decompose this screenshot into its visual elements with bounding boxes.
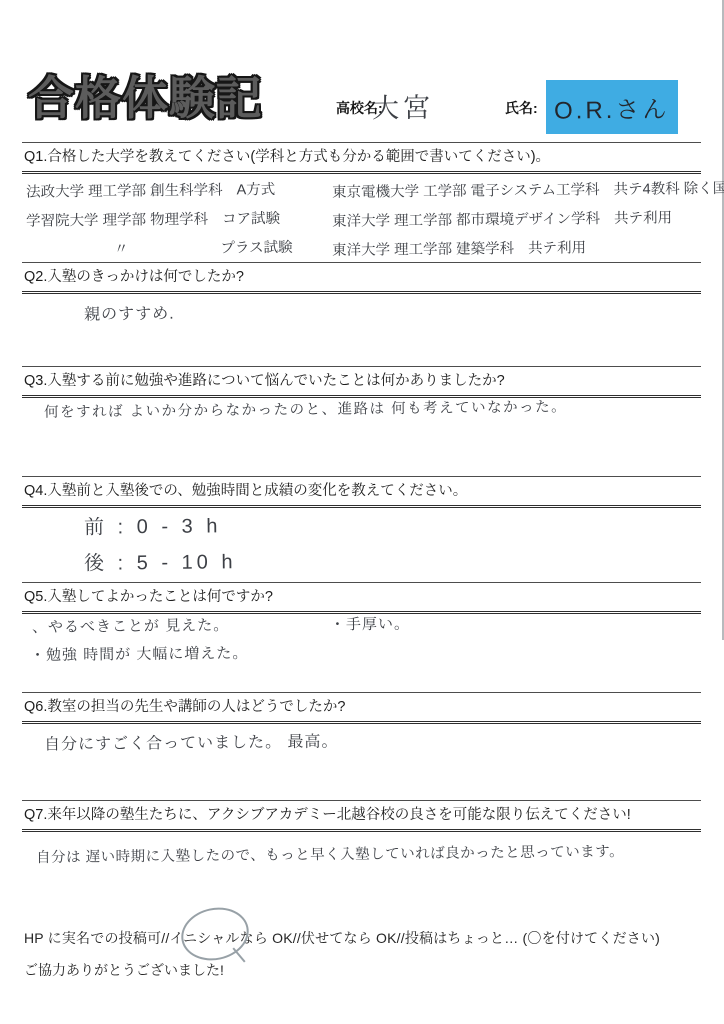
consent-options-line: HP に実名での投稿可//イニシャルなら OK//伏せてなら OK//投稿はちょ…	[24, 928, 660, 948]
university-entry: 東京電機大学 工学部 電子システム工学科	[332, 178, 600, 202]
admission-method: 共テ4教科 除く国語	[613, 177, 724, 199]
question-1-block: Q1.合格した大学を教えてください(学科と方式も分かる範囲で書いてください)。	[22, 142, 701, 174]
q1-answer-row: 〃 プラス試験	[26, 235, 332, 259]
admission-method: コア試験	[222, 207, 280, 229]
university-entry: 東洋大学 理工学部 建築学科	[332, 237, 514, 260]
question-5-answer-1: 、やるべきことが 見えた。	[32, 614, 229, 637]
question-6-answer: 自分にすごく合っていました。 最高。	[44, 728, 339, 754]
ditto-mark: 〃	[114, 238, 129, 259]
question-6-block: Q6.教室の担当の先生や講師の人はどうでしたか?	[22, 692, 701, 724]
question-2-answer: 親のすすめ.	[84, 301, 175, 325]
school-name-value: 大宮	[372, 86, 434, 126]
question-5-block: Q5.入塾してよかったことは何ですか?	[22, 582, 701, 614]
question-7-answer: 自分は 遅い時期に入塾したので、もっと早く入塾していれば良かったと思っています。	[36, 840, 624, 867]
thanks-line: ご協力ありがとうございました!	[24, 960, 224, 980]
question-2-block: Q2.入塾のきっかけは何でしたか?	[22, 262, 701, 294]
question-1-label: Q1.合格した大学を教えてください(学科と方式も分かる範囲で書いてください)。	[22, 142, 701, 174]
question-7-block: Q7.来年以降の塾生たちに、アクシブアカデミー北越谷校の良さを可能な限り伝えてく…	[22, 800, 701, 832]
question-4-answer-after: 後 : 5 - 10 h	[84, 545, 237, 576]
q1-answer-row: 東京電機大学 工学部 電子システム工学科 共テ4教科 除く国語	[332, 177, 702, 202]
university-entry: 東洋大学 理工学部 都市環境デザイン学科	[332, 207, 600, 231]
admission-method: 共テ利用	[528, 236, 586, 258]
admission-method: A方式	[236, 178, 275, 199]
question-2-label: Q2.入塾のきっかけは何でしたか?	[22, 262, 701, 294]
question-4-block: Q4.入塾前と入塾後での、勉強時間と成績の変化を教えてください。	[22, 476, 701, 508]
q1-answer-row: 東洋大学 理工学部 建築学科 共テ利用	[332, 235, 702, 260]
question-3-answer: 何をすれば よいか分からなかったのと、進路は 何も考えていなかった。	[44, 395, 567, 421]
student-name-value: O.R.さん	[554, 89, 670, 125]
question-1-answers: 法政大学 理工学部 創生科学科 A方式 学習院大学 理学部 物理学科 コア試験 …	[26, 179, 702, 258]
question-5-label: Q5.入塾してよかったことは何ですか?	[22, 582, 701, 614]
page-title: 合格体験記	[28, 62, 263, 128]
question-4-answer-before: 前 : 0 - 3 h	[84, 509, 222, 539]
q1-answers-left-column: 法政大学 理工学部 創生科学科 A方式 学習院大学 理学部 物理学科 コア試験 …	[26, 179, 332, 258]
admission-method: 共テ利用	[614, 206, 672, 228]
question-3-label: Q3.入塾する前に勉強や進路について悩んでいたことは何かありましたか?	[22, 366, 701, 398]
question-7-label: Q7.来年以降の塾生たちに、アクシブアカデミー北越谷校の良さを可能な限り伝えてく…	[22, 800, 701, 832]
question-5-answer-3: ・勉強 時間が 大幅に増えた。	[30, 642, 249, 665]
q1-answer-row: 東洋大学 理工学部 都市環境デザイン学科 共テ利用	[332, 206, 702, 231]
question-4-label: Q4.入塾前と入塾後での、勉強時間と成績の変化を教えてください。	[22, 476, 701, 508]
admission-method: プラス試験	[220, 236, 292, 258]
student-name-label: 氏名:	[505, 98, 538, 118]
name-highlight-box: O.R.さん	[546, 80, 678, 134]
question-3-block: Q3.入塾する前に勉強や進路について悩んでいたことは何かありましたか?	[22, 366, 701, 398]
q1-answer-row: 学習院大学 理学部 物理学科 コア試験	[26, 206, 332, 230]
question-6-label: Q6.教室の担当の先生や講師の人はどうでしたか?	[22, 692, 701, 724]
scanned-form-page: 合格体験記 高校名: 大宮 氏名: O.R.さん Q1.合格した大学を教えてくだ…	[0, 0, 724, 1024]
q1-answers-right-column: 東京電機大学 工学部 電子システム工学科 共テ4教科 除く国語 東洋大学 理工学…	[332, 179, 702, 258]
q1-answer-row: 法政大学 理工学部 創生科学科 A方式	[26, 177, 332, 201]
university-entry: 法政大学 理工学部 創生科学科	[26, 179, 223, 202]
question-5-answer-2: ・手厚い。	[330, 613, 410, 635]
university-entry: 学習院大学 理学部 物理学科	[26, 208, 208, 231]
